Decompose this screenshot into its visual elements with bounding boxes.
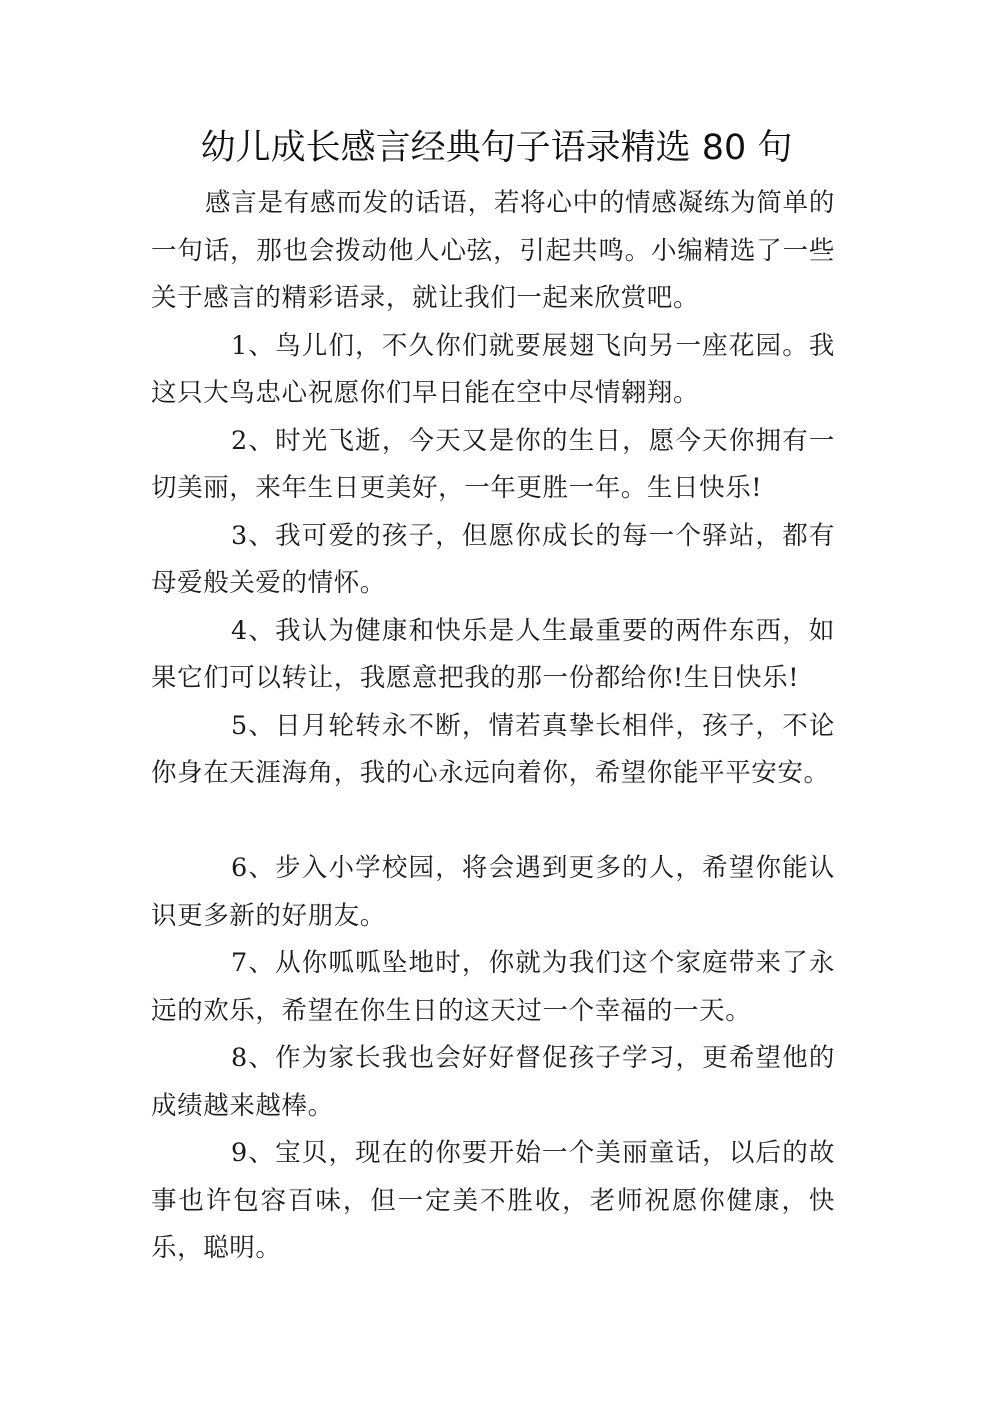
quote-item-2: 2、时光飞逝，今天又是你的生日，愿今天你拥有一切美丽，来年生日更美好，一年更胜一… bbox=[151, 418, 835, 513]
document-body: 感言是有感而发的话语，若将心中的情感凝练为简单的一句话，那也会拨动他人心弦，引起… bbox=[151, 180, 835, 1273]
intro-paragraph: 感言是有感而发的话语，若将心中的情感凝练为简单的一句话，那也会拨动他人心弦，引起… bbox=[151, 180, 835, 323]
document-page: 幼儿成长感言经典句子语录精选 80 句 感言是有感而发的话语，若将心中的情感凝练… bbox=[0, 0, 993, 1404]
quote-item-3: 3、我可爱的孩子，但愿你成长的每一个驿站，都有母爱般关爱的情怀。 bbox=[151, 513, 835, 608]
document-title: 幼儿成长感言经典句子语录精选 80 句 bbox=[0, 124, 993, 172]
quote-item-4: 4、我认为健康和快乐是人生最重要的两件东西，如果它们可以转让，我愿意把我的那一份… bbox=[151, 608, 835, 703]
quote-item-8: 8、作为家长我也会好好督促孩子学习，更希望他的成绩越来越棒。 bbox=[151, 1035, 835, 1130]
quote-item-7: 7、从你呱呱坠地时，你就为我们这个家庭带来了永远的欢乐，希望在你生日的这天过一个… bbox=[151, 940, 835, 1035]
quote-item-1: 1、鸟儿们，不久你们就要展翅飞向另一座花园。我这只大鸟忠心祝愿你们早日能在空中尽… bbox=[151, 323, 835, 418]
quote-item-6: 6、步入小学校园，将会遇到更多的人，希望你能认识更多新的好朋友。 bbox=[151, 845, 835, 940]
blank-line bbox=[151, 798, 835, 846]
quote-item-9: 9、宝贝，现在的你要开始一个美丽童话，以后的故事也许包容百味，但一定美不胜收，老… bbox=[151, 1130, 835, 1273]
quote-item-5: 5、日月轮转永不断，情若真挚长相伴，孩子，不论你身在天涯海角，我的心永远向着你，… bbox=[151, 703, 835, 798]
